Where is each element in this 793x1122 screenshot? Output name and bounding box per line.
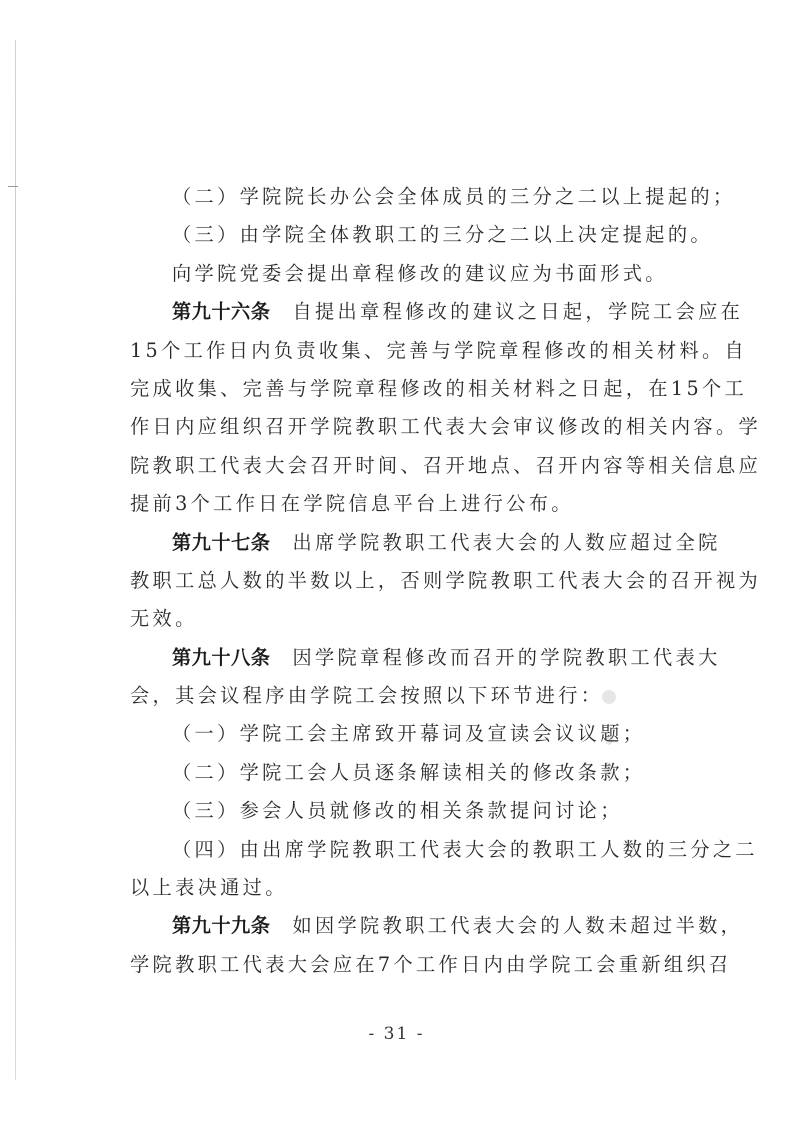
article-97-line: 教职工总人数的半数以上，否则学院教职工代表大会的召开视为	[130, 562, 692, 600]
article-96-line: 15个工作日内负责收集、完善与学院章程修改的相关材料。自	[130, 332, 692, 370]
article-99-heading-line: 第九十九条如因学院教职工代表大会的人数未超过半数，	[130, 907, 692, 945]
article-98-label: 第九十八条	[172, 646, 270, 669]
article-96-first-line: 自提出章程修改的建议之日起，学院工会应在	[292, 300, 743, 323]
article-98-line: 会，其会议程序由学院工会按照以下环节进行：	[130, 677, 692, 715]
article-98-heading-line: 第九十八条因学院章程修改而召开的学院教职工代表大	[130, 639, 692, 677]
article-98-tail: 以上表决通过。	[130, 869, 692, 907]
article-98-first-line: 因学院章程修改而召开的学院教职工代表大	[292, 646, 720, 669]
page-number: - 31 -	[0, 1024, 793, 1044]
scan-edge-line	[15, 40, 16, 1080]
article-98-item: （二）学院工会人员逐条解读相关的修改条款；	[130, 754, 692, 792]
article-99-line: 学院教职工代表大会应在7个工作日内由学院工会重新组织召	[130, 946, 692, 984]
article-96-line: 提前3个工作日在学院信息平台上进行公布。	[130, 485, 692, 523]
clause-3-line: （三）由学院全体教职工的三分之二以上决定提起的。	[130, 216, 692, 254]
article-99-label: 第九十九条	[172, 914, 270, 937]
scan-edge-tick	[8, 186, 18, 187]
article-98-item: （一）学院工会主席致开幕词及宣读会议议题；	[130, 715, 692, 753]
article-97-line: 无效。	[130, 600, 692, 638]
article-96-label: 第九十六条	[172, 300, 270, 323]
article-97-label: 第九十七条	[172, 531, 270, 554]
article-96-heading-line: 第九十六条自提出章程修改的建议之日起，学院工会应在	[130, 293, 692, 331]
article-96-line: 作日内应组织召开学院教职工代表大会审议修改的相关内容。学	[130, 408, 692, 446]
article-99-first-line: 如因学院教职工代表大会的人数未超过半数，	[292, 914, 743, 937]
article-97-heading-line: 第九十七条出席学院教职工代表大会的人数应超过全院	[130, 524, 692, 562]
article-98-item: （三）参会人员就修改的相关条款提问讨论；	[130, 792, 692, 830]
document-body: （二）学院院长办公会全体成员的三分之二以上提起的； （三）由学院全体教职工的三分…	[130, 178, 692, 984]
written-form-line: 向学院党委会提出章程修改的建议应为书面形式。	[130, 255, 692, 293]
article-98-item: （四）由出席学院教职工代表大会的教职工人数的三分之二	[130, 831, 692, 869]
article-97-first-line: 出席学院教职工代表大会的人数应超过全院	[292, 531, 720, 554]
article-96-line: 完成收集、完善与学院章程修改的相关材料之日起，在15个工	[130, 370, 692, 408]
article-96-line: 院教职工代表大会召开时间、召开地点、召开内容等相关信息应	[130, 447, 692, 485]
clause-2-line: （二）学院院长办公会全体成员的三分之二以上提起的；	[130, 178, 692, 216]
